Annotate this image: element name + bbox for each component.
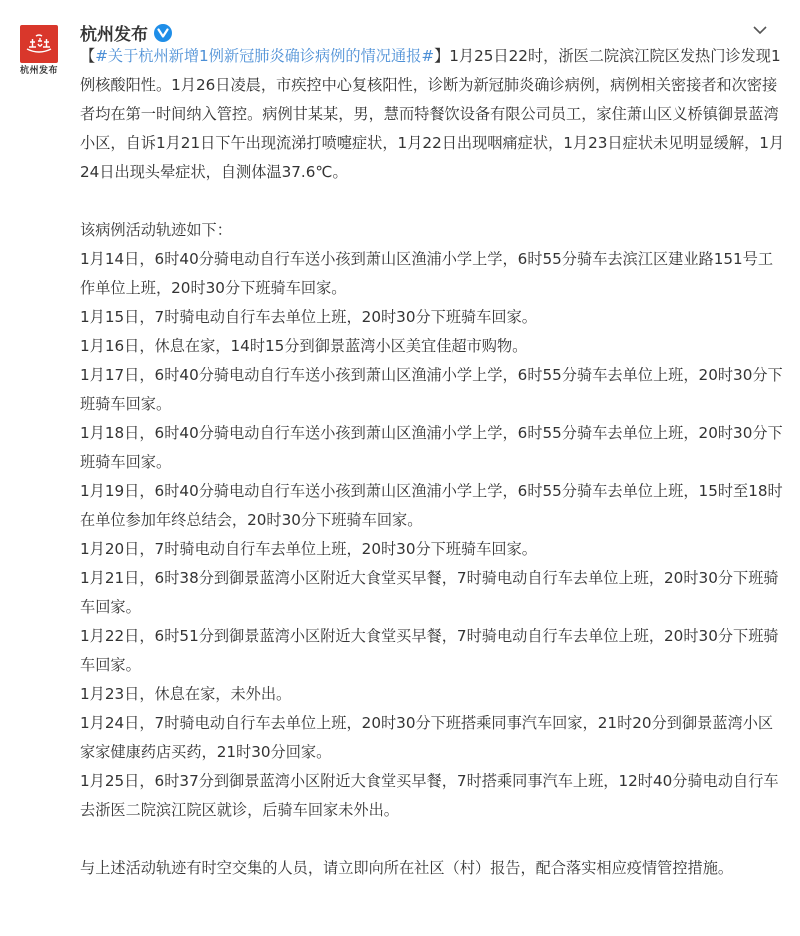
itinerary-item: 1月23日，休息在家，未外出。 (80, 680, 785, 709)
itinerary-item: 1月19日，6时40分骑电动自行车送小孩到萧山区渔浦小学上学，6时55分骑车去单… (80, 477, 785, 535)
avatar[interactable] (20, 25, 58, 63)
itinerary-item: 1月16日，休息在家，14时15分到御景蓝湾小区美宜佳超市购物。 (80, 332, 785, 361)
closing-text: 与上述活动轨迹有时空交集的人员，请立即向所在社区（村）报告，配合落实相应疫情管控… (80, 854, 785, 883)
itinerary-item: 1月17日，6时40分骑电动自行车送小孩到萧山区渔浦小学上学，6时55分骑车去单… (80, 361, 785, 419)
itinerary-item: 1月18日，6时40分骑电动自行车送小孩到萧山区渔浦小学上学，6时55分骑车去单… (80, 419, 785, 477)
itinerary-item: 1月22日，6时51分到御景蓝湾小区附近大食堂买早餐，7时骑电动自行车去单位上班… (80, 622, 785, 680)
hashtag-link[interactable]: #关于杭州新增1例新冠肺炎确诊病例的情况通报# (95, 47, 434, 65)
bracket-open: 【 (80, 47, 95, 65)
spacer (80, 825, 785, 854)
avatar-caption: 杭州发布 (14, 63, 64, 76)
itinerary-item: 1月14日，6时40分骑电动自行车送小孩到萧山区渔浦小学上学，6时55分骑车去滨… (80, 245, 785, 303)
itinerary-item: 1月25日，6时37分到御景蓝湾小区附近大食堂买早餐，7时搭乘同事汽车上班，12… (80, 767, 785, 825)
intro-text: 1月25日22时，浙医二院滨江院区发热门诊发现1例核酸阳性。1月26日凌晨，市疾… (80, 47, 784, 181)
itinerary-item: 1月21日，6时38分到御景蓝湾小区附近大食堂买早餐，7时骑电动自行车去单位上班… (80, 564, 785, 622)
bracket-close: 】 (434, 47, 449, 65)
hangzhou-logo-icon (24, 33, 54, 55)
itinerary-heading: 该病例活动轨迹如下： (80, 216, 785, 245)
post-body: 【#关于杭州新增1例新冠肺炎确诊病例的情况通报#】1月25日22时，浙医二院滨江… (80, 42, 785, 883)
spacer (80, 187, 785, 216)
itinerary-item: 1月15日，7时骑电动自行车去单位上班，20时30分下班骑车回家。 (80, 303, 785, 332)
verified-badge-icon (154, 24, 172, 42)
itinerary-item: 1月24日，7时骑电动自行车去单位上班，20时30分下班搭乘同事汽车回家，21时… (80, 709, 785, 767)
more-options-chevron-down-icon[interactable] (750, 22, 770, 36)
post-intro: 【#关于杭州新增1例新冠肺炎确诊病例的情况通报#】1月25日22时，浙医二院滨江… (80, 42, 785, 187)
itinerary-item: 1月20日，7时骑电动自行车去单位上班，20时30分下班骑车回家。 (80, 535, 785, 564)
